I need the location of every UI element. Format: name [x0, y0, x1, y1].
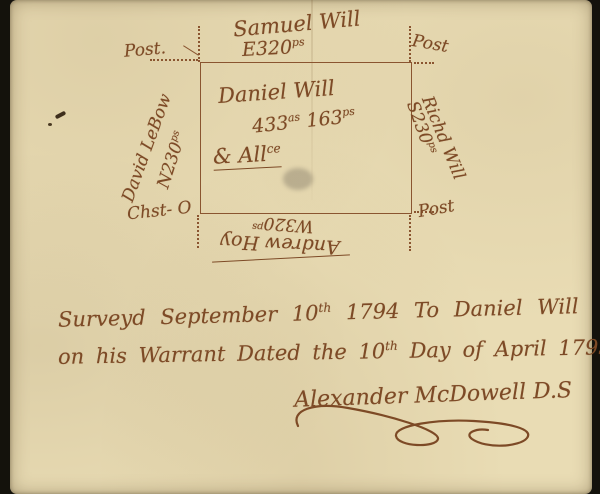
allowance-sup: ce [266, 141, 281, 156]
dotted-line-top-right-horizontal [414, 62, 434, 64]
dotted-line-top-left-horizontal [150, 59, 198, 61]
dotted-line-bottom-left-vertical [197, 215, 199, 248]
south-bearing-unit: ps [252, 221, 264, 233]
area-acres-unit: as [287, 110, 301, 124]
north-bearing-unit: ps [292, 35, 305, 49]
allowance-note: & Allce [212, 141, 281, 171]
area-acres-value: 433 [251, 112, 289, 138]
corner-label-top-left: Post. [123, 38, 167, 62]
area-perches-unit: ps [341, 105, 355, 119]
note-line1-sup: th [318, 301, 331, 315]
dotted-line-bottom-right-vertical [409, 215, 411, 251]
signature-flourish [288, 398, 540, 454]
ink-smudge [283, 168, 313, 190]
north-bearing-value: E320 [241, 36, 292, 61]
note-line2-sup: th [385, 339, 398, 353]
ink-fleck-small [48, 123, 52, 126]
note-line2-post: Day of April 1793 [398, 335, 600, 363]
dotted-line-top-left-vertical [198, 26, 200, 62]
area-perches-value: 163 [305, 106, 343, 132]
scanned-survey-document: Samuel Will E320ps Post. Post Post Chst-… [0, 0, 600, 494]
allowance-text: & All [212, 142, 267, 169]
north-bearing: E320ps [241, 35, 305, 61]
